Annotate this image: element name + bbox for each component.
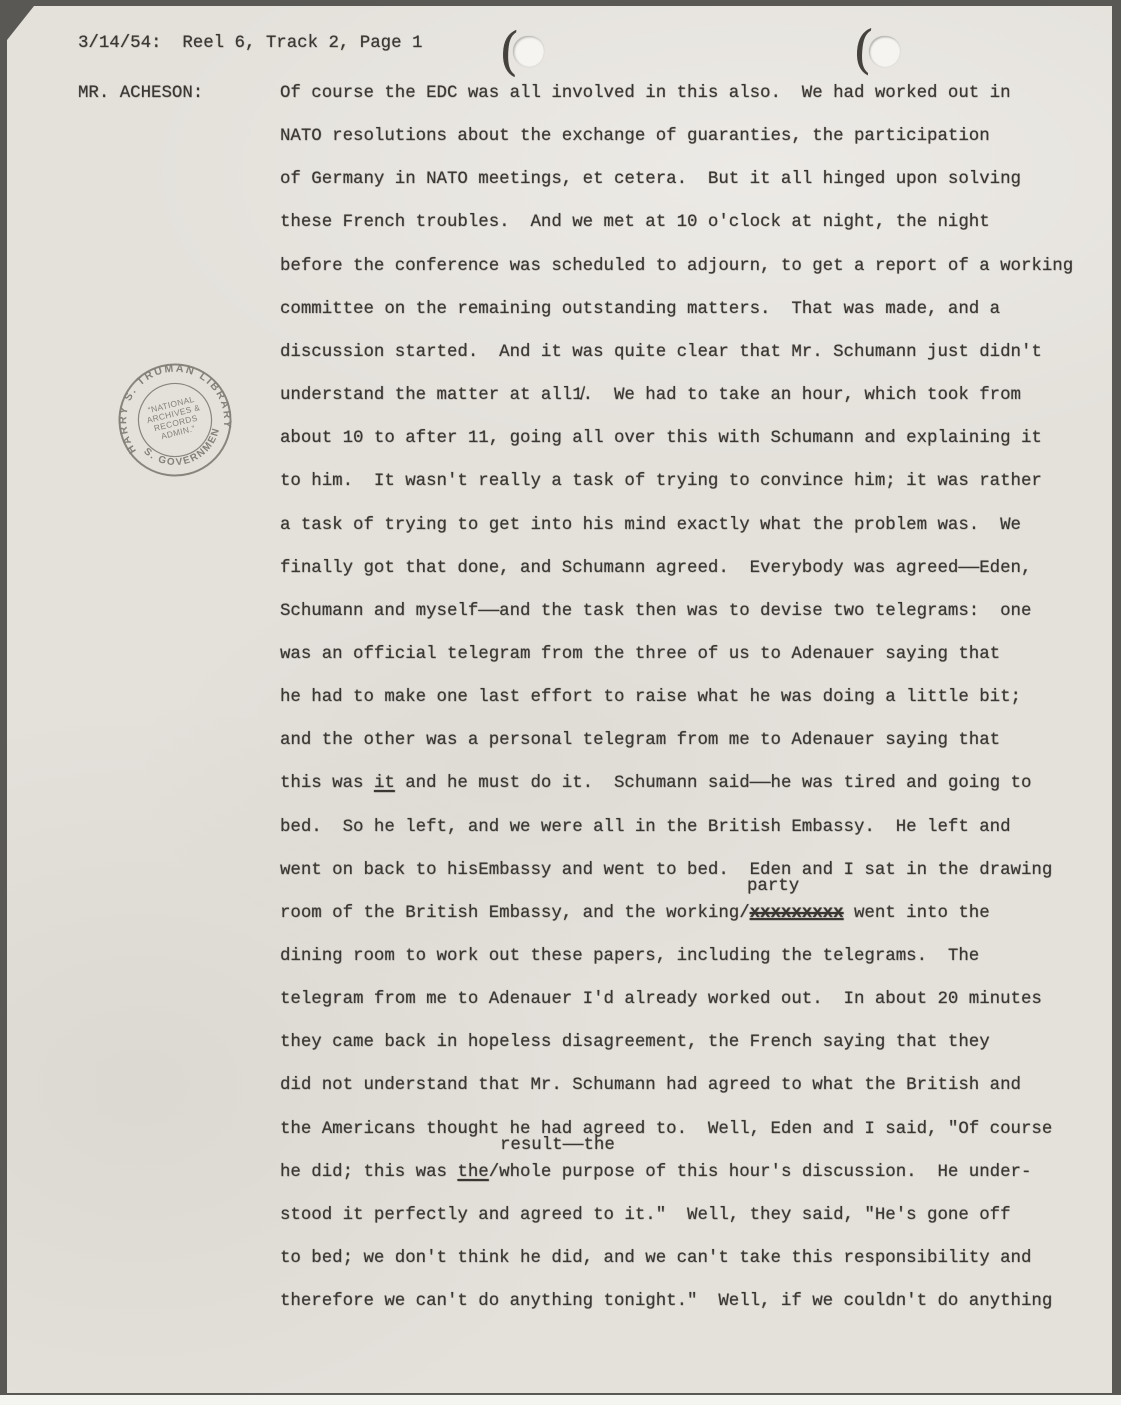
typescript-line: of Germany in NATO meetings, et cetera. … (280, 170, 1021, 190)
typescript-text: Of course the EDC was all involved in th… (280, 84, 1011, 103)
typescript-line: they came back in hopeless disagreement,… (280, 1033, 990, 1053)
typescript-text: and he must do it. Schumann said——he was… (395, 774, 1032, 793)
typescript-text: was an official telegram from the three … (280, 645, 1000, 664)
typescript-line: to bed; we don't think he did, and we ca… (280, 1249, 1031, 1269)
typescript-text: to him. It wasn't really a task of tryin… (280, 472, 1042, 491)
typescript-line: and the other was a personal telegram fr… (280, 731, 1000, 751)
typescript-text: he had to make one last effort to raise … (280, 688, 1021, 707)
typescript-text: of Germany in NATO meetings, et cetera. … (280, 170, 1021, 189)
typescript-text: to bed; we don't think he did, and we ca… (280, 1249, 1031, 1268)
typescript-line: Schumann and myself——and the task then w… (280, 602, 1031, 622)
typescript-line: these French troubles. And we met at 10 … (280, 213, 990, 233)
typescript-text: these French troubles. And we met at 10 … (280, 213, 990, 232)
typescript-text: room of the British Embassy, and the wor… (280, 904, 750, 923)
typescript-text: Schumann and myself——and the task then w… (280, 602, 1031, 621)
typescript-underlined-text: the (457, 1163, 488, 1182)
typescript-text: went on back to hisEmbassy and went to b… (280, 861, 1052, 880)
typescript-text: the Americans thought he had agreed to. … (280, 1120, 1052, 1139)
typescript-line: dining room to work out these papers, in… (280, 947, 979, 967)
typescript-text: before the conference was scheduled to a… (280, 257, 1073, 276)
typescript-text: finally got that done, and Schumann agre… (280, 559, 1031, 578)
typescript-text: and the other was a personal telegram fr… (280, 731, 1000, 750)
typescript-body: Of course the EDC was all involved in th… (7, 6, 1112, 1393)
typescript-line: understand the matter at all1̸. We had t… (280, 386, 1021, 406)
typescript-line: he did; this was the/whole purpose of th… (280, 1163, 1031, 1183)
interline-insertion: result——the (500, 1136, 615, 1156)
typescript-line: therefore we can't do anything tonight."… (280, 1292, 1052, 1312)
typescript-text: about 10 to after 11, going all over thi… (280, 429, 1042, 448)
typescript-line: this was it and he must do it. Schumann … (280, 774, 1031, 794)
typescript-text: telegram from me to Adenauer I'd already… (280, 990, 1042, 1009)
typescript-text: this was (280, 774, 374, 793)
interline-insertion: party (747, 877, 799, 897)
typescript-text: a task of trying to get into his mind ex… (280, 516, 1021, 535)
typescript-line: stood it perfectly and agreed to it." We… (280, 1206, 1011, 1226)
typescript-line: discussion started. And it was quite cle… (280, 343, 1042, 363)
typescript-line: bed. So he left, and we were all in the … (280, 818, 1011, 838)
typescript-text: /whole purpose of this hour's discussion… (489, 1163, 1032, 1182)
typescript-line: before the conference was scheduled to a… (280, 257, 1073, 277)
typescript-text: NATO resolutions about the exchange of g… (280, 127, 990, 146)
typescript-text: understand the matter at all1̸. We had t… (280, 386, 1021, 405)
typescript-struck-text: xxxxxxxxx (750, 904, 844, 923)
typescript-text: he did; this was (280, 1163, 457, 1182)
typescript-line: NATO resolutions about the exchange of g… (280, 127, 990, 147)
typescript-line: went on back to hisEmbassy and went to b… (280, 861, 1052, 881)
typescript-line: was an official telegram from the three … (280, 645, 1000, 665)
typescript-text: discussion started. And it was quite cle… (280, 343, 1042, 362)
typescript-line: Of course the EDC was all involved in th… (280, 84, 1011, 104)
typescript-line: telegram from me to Adenauer I'd already… (280, 990, 1042, 1010)
typescript-line: a task of trying to get into his mind ex… (280, 516, 1021, 536)
paper-sheet: ( ( 3/14/54: Reel 6, Track 2, Page 1 MR.… (7, 6, 1112, 1393)
typescript-line: room of the British Embassy, and the wor… (280, 904, 990, 924)
typescript-text: committee on the remaining outstanding m… (280, 300, 1000, 319)
typescript-line: he had to make one last effort to raise … (280, 688, 1021, 708)
typescript-text: stood it perfectly and agreed to it." We… (280, 1206, 1011, 1225)
typescript-text: went into the (844, 904, 990, 923)
typescript-text: dining room to work out these papers, in… (280, 947, 979, 966)
typescript-underlined-text: it (374, 774, 395, 793)
typescript-text: did not understand that Mr. Schumann had… (280, 1076, 1021, 1095)
typescript-line: finally got that done, and Schumann agre… (280, 559, 1031, 579)
typescript-text: bed. So he left, and we were all in the … (280, 818, 1011, 837)
typescript-line: the Americans thought he had agreed to. … (280, 1120, 1052, 1140)
typescript-text: therefore we can't do anything tonight."… (280, 1292, 1052, 1311)
typescript-text: they came back in hopeless disagreement,… (280, 1033, 990, 1052)
typescript-line: committee on the remaining outstanding m… (280, 300, 1000, 320)
typescript-line: to him. It wasn't really a task of tryin… (280, 472, 1042, 492)
typescript-line: did not understand that Mr. Schumann had… (280, 1076, 1021, 1096)
scanner-bed-strip (0, 1395, 1121, 1405)
typescript-line: about 10 to after 11, going all over thi… (280, 429, 1042, 449)
